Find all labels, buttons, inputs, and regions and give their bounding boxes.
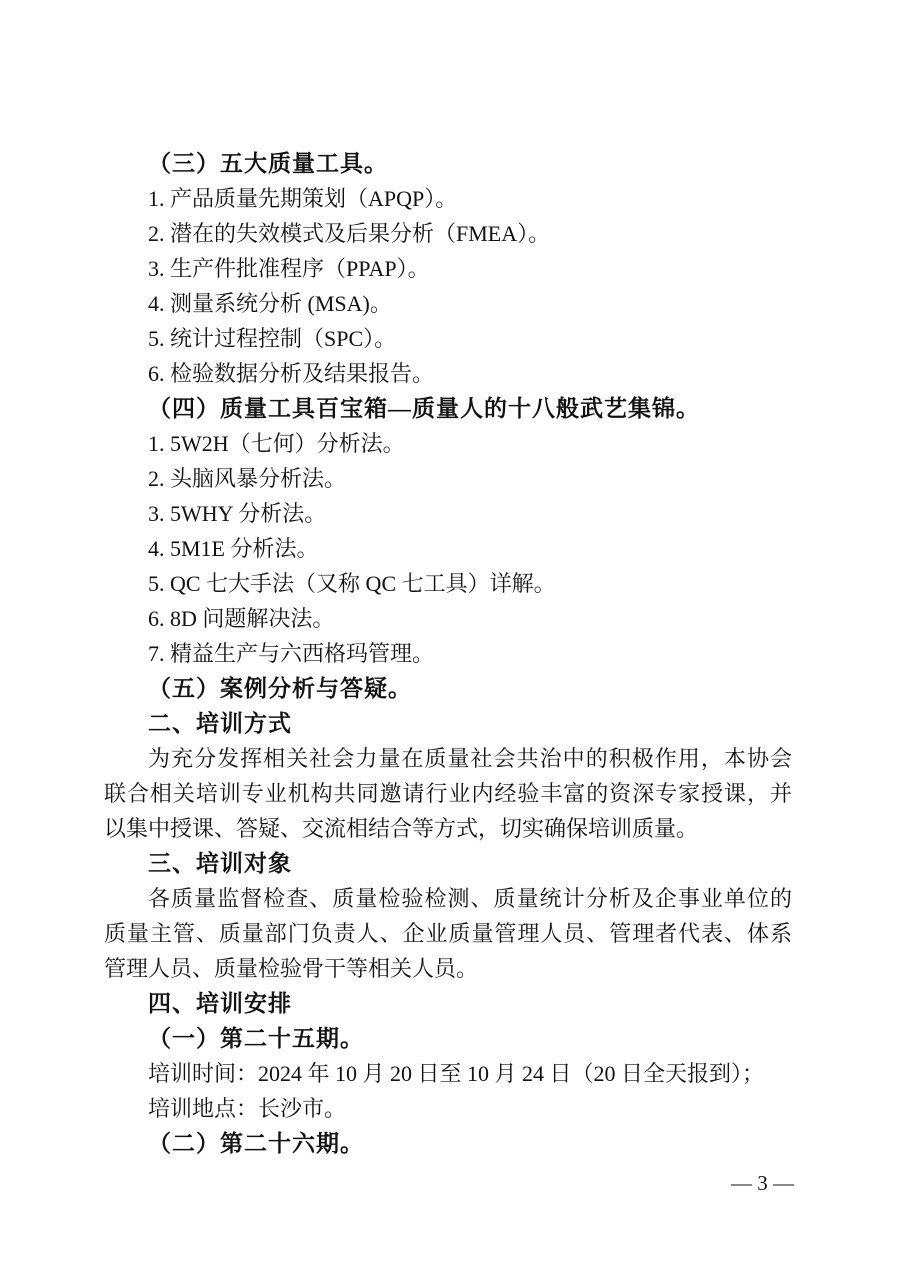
tools5-item-6: 6. 检验数据分析及结果报告。 xyxy=(104,356,792,391)
part3-heading: 三、培训对象 xyxy=(104,846,792,881)
part4-heading: 四、培训安排 xyxy=(104,986,792,1021)
tools5-item-4: 4. 测量系统分析 (MSA)。 xyxy=(104,286,792,321)
section3-heading: （三）五大质量工具。 xyxy=(104,146,792,181)
toolbox-item-4: 4. 5M1E 分析法。 xyxy=(104,531,792,566)
toolbox-item-6: 6. 8D 问题解决法。 xyxy=(104,601,792,636)
session25-place: 培训地点：长沙市。 xyxy=(104,1091,792,1126)
page-number: — 3 — xyxy=(594,1168,794,1198)
tools5-item-3: 3. 生产件批准程序（PPAP）。 xyxy=(104,251,792,286)
toolbox-item-7: 7. 精益生产与六西格玛管理。 xyxy=(104,636,792,671)
toolbox-item-1: 1. 5W2H（七何）分析法。 xyxy=(104,426,792,461)
tools5-item-2: 2. 潜在的失效模式及后果分析（FMEA）。 xyxy=(104,216,792,251)
toolbox-item-2: 2. 头脑风暴分析法。 xyxy=(104,461,792,496)
section4-heading: （四）质量工具百宝箱—质量人的十八般武艺集锦。 xyxy=(104,391,792,426)
toolbox-item-5: 5. QC 七大手法（又称 QC 七工具）详解。 xyxy=(104,566,792,601)
tools5-item-5: 5. 统计过程控制（SPC）。 xyxy=(104,321,792,356)
part3-body-line-1: 各质量监督检查、质量检验检测、质量统计分析及企事业单位的 xyxy=(104,881,792,916)
part2-body-line-1: 为充分发挥相关社会力量在质量社会共治中的积极作用，本协会 xyxy=(104,741,792,776)
part2-body-line-2: 联合相关培训专业机构共同邀请行业内经验丰富的资深专家授课，并 xyxy=(104,776,792,811)
toolbox-item-3: 3. 5WHY 分析法。 xyxy=(104,496,792,531)
section5-heading: （五）案例分析与答疑。 xyxy=(104,671,792,706)
session25-heading: （一）第二十五期。 xyxy=(104,1021,792,1056)
tools5-item-1: 1. 产品质量先期策划（APQP）。 xyxy=(104,181,792,216)
session25-time: 培训时间：2024 年 10 月 20 日至 10 月 24 日（20 日全天报… xyxy=(104,1056,792,1091)
document-body: （三）五大质量工具。 1. 产品质量先期策划（APQP）。 2. 潜在的失效模式… xyxy=(104,146,792,1161)
part3-body-line-3: 管理人员、质量检验骨干等相关人员。 xyxy=(104,951,792,986)
part2-body-line-3: 以集中授课、答疑、交流相结合等方式，切实确保培训质量。 xyxy=(104,811,792,846)
part3-body-line-2: 质量主管、质量部门负责人、企业质量管理人员、管理者代表、体系 xyxy=(104,916,792,951)
part2-heading: 二、培训方式 xyxy=(104,706,792,741)
session26-heading: （二）第二十六期。 xyxy=(104,1126,792,1161)
document-page: （三）五大质量工具。 1. 产品质量先期策划（APQP）。 2. 潜在的失效模式… xyxy=(0,0,900,1273)
